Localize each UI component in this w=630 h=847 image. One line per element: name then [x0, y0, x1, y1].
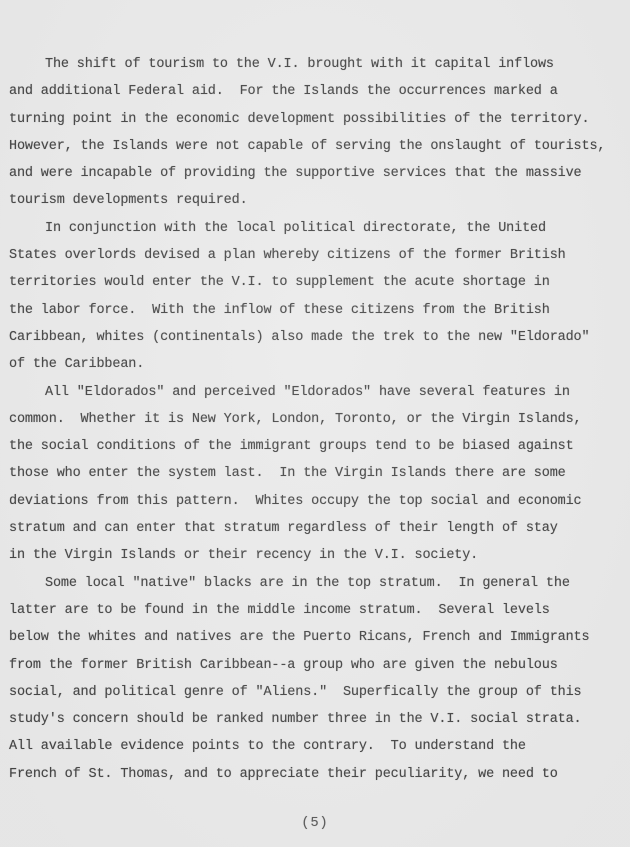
text-line: those who enter the system last. In the …	[9, 460, 624, 487]
text-line: from the former British Caribbean--a gro…	[9, 652, 624, 679]
text-line: study's concern should be ranked number …	[9, 706, 624, 733]
text-line: the labor force. With the inflow of thes…	[9, 297, 624, 324]
text-line: All available evidence points to the con…	[9, 733, 624, 760]
text-line: below the whites and natives are the Pue…	[9, 624, 624, 651]
paragraph-eldorados: All "Eldorados" and perceived "Eldorados…	[9, 379, 624, 570]
paragraph-social-strata: Some local "native" blacks are in the to…	[9, 570, 624, 788]
text-line: In conjunction with the local political …	[9, 215, 624, 242]
text-line: common. Whether it is New York, London, …	[9, 406, 624, 433]
text-line: However, the Islands were not capable of…	[9, 133, 624, 160]
text-line: French of St. Thomas, and to appreciate …	[9, 761, 624, 788]
text-line: stratum and can enter that stratum regar…	[9, 515, 624, 542]
page-number: (5)	[0, 816, 630, 831]
paragraph-tourism-shift: The shift of tourism to the V.I. brought…	[9, 51, 624, 215]
text-line: social, and political genre of "Aliens."…	[9, 679, 624, 706]
text-line: turning point in the economic developmen…	[9, 106, 624, 133]
text-line: deviations from this pattern. Whites occ…	[9, 488, 624, 515]
text-line: in the Virgin Islands or their recency i…	[9, 542, 624, 569]
text-line: territories would enter the V.I. to supp…	[9, 269, 624, 296]
text-line: All "Eldorados" and perceived "Eldorados…	[9, 379, 624, 406]
text-line: tourism developments required.	[9, 187, 624, 214]
text-line: Caribbean, whites (continentals) also ma…	[9, 324, 624, 351]
text-line: of the Caribbean.	[9, 351, 624, 378]
text-line: the social conditions of the immigrant g…	[9, 433, 624, 460]
paragraph-labor-plan: In conjunction with the local political …	[9, 215, 624, 379]
text-line: and were incapable of providing the supp…	[9, 160, 624, 187]
document-text-block: The shift of tourism to the V.I. brought…	[9, 51, 624, 788]
text-line: The shift of tourism to the V.I. brought…	[9, 51, 624, 78]
text-line: States overlords devised a plan whereby …	[9, 242, 624, 269]
document-page: The shift of tourism to the V.I. brought…	[0, 0, 630, 847]
text-line: Some local "native" blacks are in the to…	[9, 570, 624, 597]
text-line: and additional Federal aid. For the Isla…	[9, 78, 624, 105]
text-line: latter are to be found in the middle inc…	[9, 597, 624, 624]
